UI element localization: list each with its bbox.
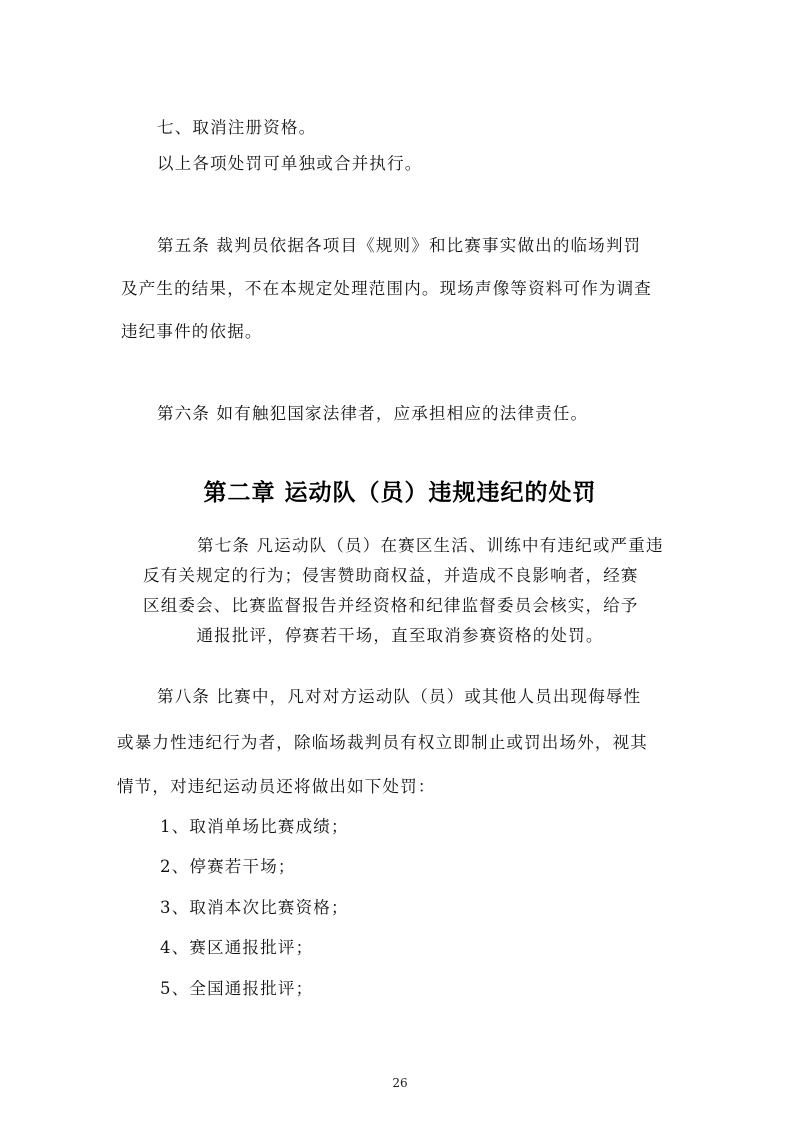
article-7-line-3: 区组委会、比赛监督报告并经资格和纪律监督委员会核实，给予 [143, 596, 639, 616]
penalty-list-item: 1、取消单场比赛成绩； [160, 817, 349, 837]
article-7-line-1: 第七条 凡运动队（员）在赛区生活、训练中有违纪或严重违 [197, 536, 664, 556]
article-7-line-2: 反有关规定的行为；侵害赞助商权益，并造成不良影响者，经赛 [143, 566, 639, 586]
article-8-line-1: 第八条 比赛中，凡对对方运动队（员）或其他人员出现侮辱性 [157, 687, 641, 707]
page-number: 26 [0, 1076, 800, 1090]
penalty-list-item: 3、取消本次比赛资格； [160, 898, 349, 918]
penalty-list-item: 2、停赛若干场； [160, 857, 296, 877]
article-8-line-3: 情节，对违纪运动员还将做出如下处罚： [117, 777, 436, 797]
penalty-list-item: 5、全国通报批评； [160, 979, 313, 999]
article-7-line-4: 通报批评，停赛若干场，直至取消参赛资格的处罚。 [0, 626, 800, 646]
chapter-2-heading: 第二章 运动队（员）违规违纪的处罚 [0, 474, 800, 507]
article-5-line-2: 及产生的结果，不在本规定处理范围内。现场声像等资料可作为调查 [121, 279, 652, 299]
penalty-list-item: 4、赛区通报批评； [160, 938, 313, 958]
article-8-line-2: 或暴力性违纪行为者，除临场裁判员有权立即制止或罚出场外，视其 [117, 733, 648, 753]
article-5-line-3: 违纪事件的依据。 [121, 322, 263, 342]
article-6: 第六条 如有触犯国家法律者，应承担相应的法律责任。 [157, 404, 588, 424]
article-5-line-1: 第五条 裁判员依据各项目《规则》和比赛事实做出的临场判罚 [157, 236, 641, 256]
penalty-note: 以上各项处罚可单独或合并执行。 [157, 154, 423, 174]
penalty-item-7: 七、取消注册资格。 [157, 118, 316, 138]
